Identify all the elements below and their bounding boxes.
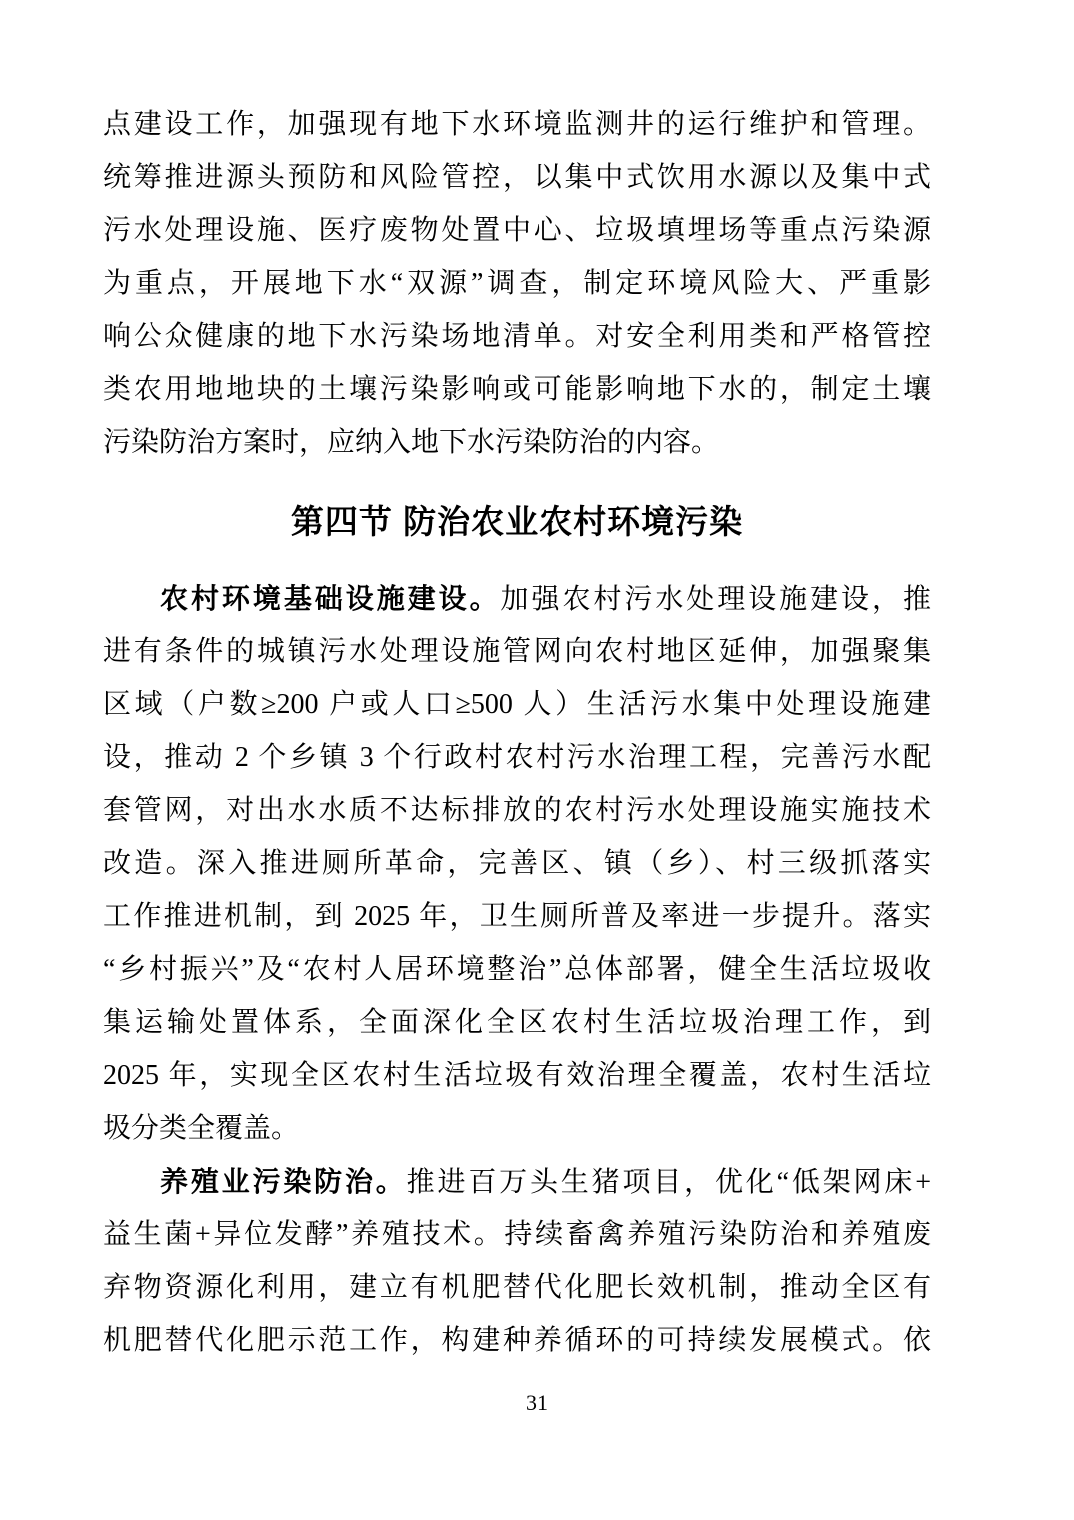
body-line: 为重点，开展地下水“双源”调查，制定环境风险大、严重影	[103, 257, 931, 310]
body-line: “乡村振兴”及“农村人居环境整治”总体部署，健全生活垃圾收	[103, 943, 931, 996]
section-heading: 第四节 防治农业农村环境污染	[103, 492, 931, 552]
page-number: 31	[0, 1388, 1074, 1418]
body-line: 养殖业污染防治。推进百万头生猪项目，优化“低架网床+	[103, 1155, 931, 1208]
document-page: 点建设工作，加强现有地下水环境监测井的运行维护和管理。 统筹推进源头预防和风险管…	[0, 0, 1074, 1520]
body-line: 统筹推进源头预防和风险管控，以集中式饮用水源以及集中式	[103, 151, 931, 204]
paragraph-lead: 农村环境基础设施建设。	[160, 583, 501, 614]
body-line: 2025 年，实现全区农村生活垃圾有效治理全覆盖，农村生活垃	[103, 1049, 931, 1102]
body-line: 响公众健康的地下水污染场地清单。对安全利用类和严格管控	[103, 310, 931, 363]
text-column: 点建设工作，加强现有地下水环境监测井的运行维护和管理。 统筹推进源头预防和风险管…	[103, 98, 931, 1367]
paragraph-livestock-pollution: 养殖业污染防治。推进百万头生猪项目，优化“低架网床+ 益生菌+异位发酵”养殖技术…	[103, 1155, 931, 1367]
body-line: 机肥替代化肥示范工作，构建种养循环的可持续发展模式。依	[103, 1314, 931, 1367]
body-line: 集运输处置体系，全面深化全区农村生活垃圾治理工作，到	[103, 996, 931, 1049]
paragraph-lead-rest: 推进百万头生猪项目，优化“低架网床+	[407, 1167, 931, 1198]
body-line: 益生菌+异位发酵”养殖技术。持续畜禽养殖污染防治和养殖废	[103, 1208, 931, 1261]
body-line: 类农用地地块的土壤污染影响或可能影响地下水的，制定土壤	[103, 363, 931, 416]
body-line: 套管网，对出水水质不达标排放的农村污水处理设施实施技术	[103, 784, 931, 837]
body-line: 点建设工作，加强现有地下水环境监测井的运行维护和管理。	[103, 98, 931, 151]
body-line: 农村环境基础设施建设。加强农村污水处理设施建设，推	[103, 572, 931, 625]
body-line: 改造。深入推进厕所革命，完善区、镇（乡）、村三级抓落实	[103, 837, 931, 890]
body-line: 圾分类全覆盖。	[103, 1102, 931, 1155]
body-line: 进有条件的城镇污水处理设施管网向农村地区延伸，加强聚集	[103, 625, 931, 678]
body-line: 弃物资源化利用，建立有机肥替代化肥长效机制，推动全区有	[103, 1261, 931, 1314]
paragraph-lead: 养殖业污染防治。	[160, 1166, 407, 1197]
body-line: 污染防治方案时，应纳入地下水污染防治的内容。	[103, 416, 931, 469]
body-line: 区域（户数≥200 户或人口≥500 人）生活污水集中处理设施建	[103, 678, 931, 731]
paragraph-groundwater: 点建设工作，加强现有地下水环境监测井的运行维护和管理。 统筹推进源头预防和风险管…	[103, 98, 931, 469]
body-line: 工作推进机制，到 2025 年，卫生厕所普及率进一步提升。落实	[103, 890, 931, 943]
body-line: 设，推动 2 个乡镇 3 个行政村农村污水治理工程，完善污水配	[103, 731, 931, 784]
paragraph-lead-rest: 加强农村污水处理设施建设，推	[501, 584, 931, 615]
body-line: 污水处理设施、医疗废物处置中心、垃圾填埋场等重点污染源	[103, 204, 931, 257]
paragraph-rural-infrastructure: 农村环境基础设施建设。加强农村污水处理设施建设，推 进有条件的城镇污水处理设施管…	[103, 572, 931, 1155]
